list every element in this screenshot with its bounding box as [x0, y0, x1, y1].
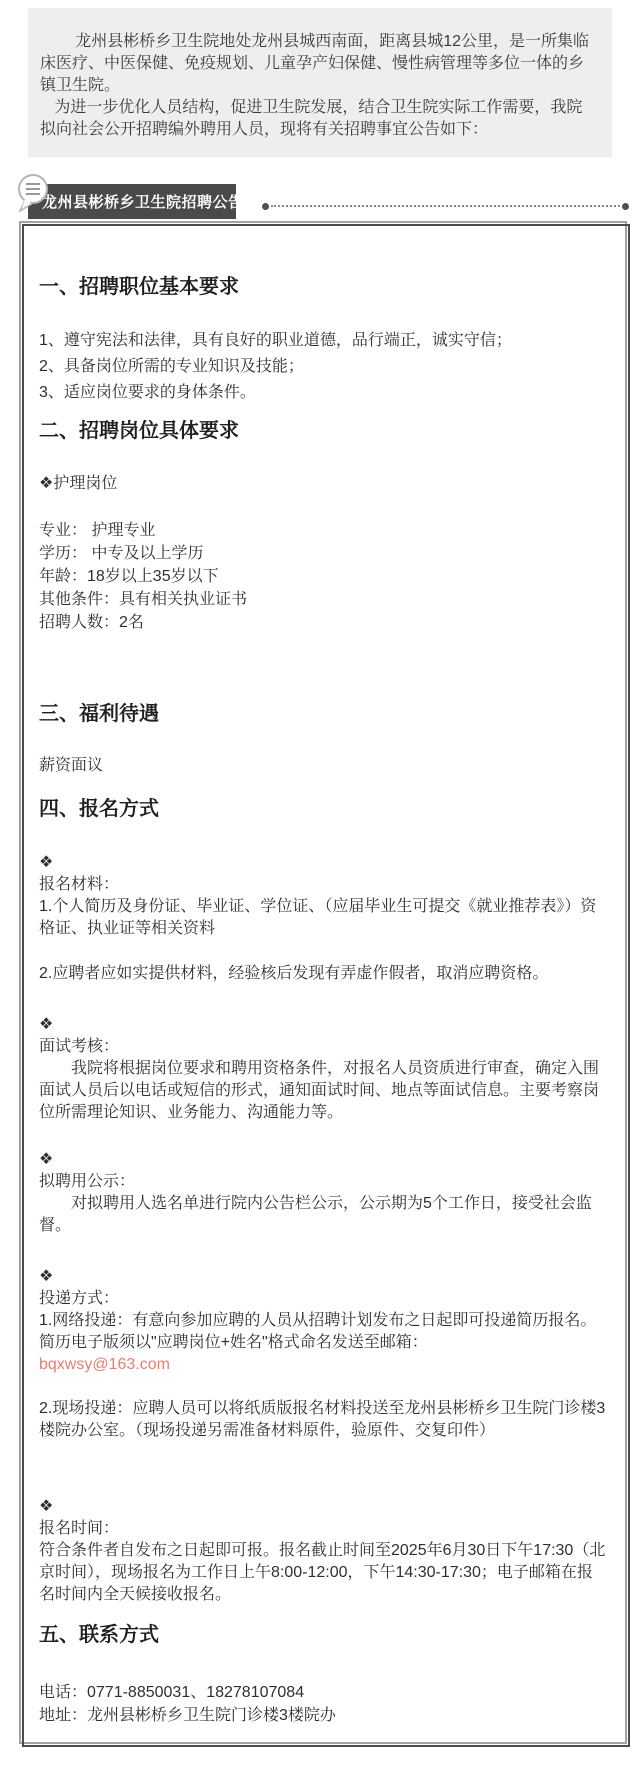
detail-line: 地址：龙州县彬桥乡卫生院门诊楼3楼院办 — [39, 1704, 607, 1727]
sub-section: ❖报名时间：符合条件者自发布之日起即可报。报名截止时间至2025年6月30日下午… — [39, 1496, 607, 1606]
sub-section: ❖面试考核：我院将根据岗位要求和聘用资格条件，对报名人员资质进行审查，确定入围面… — [39, 1014, 607, 1124]
detail-lines: 电话：0771-8850031、18278107084地址：龙州县彬桥乡卫生院门… — [39, 1681, 607, 1727]
paragraph: ❖护理岗位 — [39, 472, 607, 495]
detail-line: 2、具备岗位所需的专业知识及技能； — [39, 354, 607, 380]
intro-panel: 龙州县彬桥乡卫生院地处龙州县城西南面，距离县城12公里，是一所集临床医疗、中医保… — [28, 8, 612, 157]
detail-lines: 专业： 护理专业学历： 中专及以上学历年龄：18岁以上35岁以下其他条件：具有相… — [39, 519, 607, 634]
section-heading: 三、福利待遇 — [39, 702, 607, 726]
paragraph: 2.应聘者应如实提供材料，经验核后发现有弄虚作假者，取消应聘资格。 — [39, 962, 607, 985]
sub-section-label: 报名时间： — [39, 1518, 607, 1540]
detail-line: 3、适应岗位要求的身体条件。 — [39, 380, 607, 406]
announcement-box: 一、招聘职位基本要求1、遵守宪法和法律，具有良好的职业道德，品行端正，诚实守信；… — [19, 221, 627, 1744]
email-link[interactable]: bqxwsy@163.com — [39, 1354, 607, 1376]
detail-line: 1、遵守宪法和法律，具有良好的职业道德，品行端正，诚实守信； — [39, 328, 607, 354]
sub-section-label: 拟聘用公示： — [39, 1171, 607, 1193]
section-heading: 四、报名方式 — [39, 797, 607, 821]
announcement-content: 一、招聘职位基本要求1、遵守宪法和法律，具有良好的职业道德，品行端正，诚实守信；… — [21, 223, 625, 1742]
detail-line: 专业： 护理专业 — [39, 519, 607, 542]
diamond-bullet-icon: ❖ — [39, 852, 607, 874]
section-heading: 五、联系方式 — [39, 1623, 607, 1647]
sub-paragraph: 1.网络投递：有意向参加应聘的人员从招聘计划发布之日起即可投递简历报名。简历电子… — [39, 1310, 607, 1354]
sub-section-label: 报名材料： — [39, 874, 607, 896]
detail-line: 其他条件：具有相关执业证书 — [39, 588, 607, 611]
sub-paragraph: 1.个人简历及身份证、毕业证、学位证、（应届毕业生可提交《就业推荐表》）资格证、… — [39, 896, 607, 940]
paragraph: 薪资面议 — [39, 754, 607, 777]
section-heading: 二、招聘岗位具体要求 — [39, 419, 607, 443]
intro-paragraph: 为进一步优化人员结构，促进卫生院发展，结合卫生院实际工作需要，我院拟向社会公开招… — [40, 97, 598, 141]
sub-paragraph: 2.现场投递：应聘人员可以将纸质版报名材料投送至龙州县彬桥乡卫生院门诊楼3楼院办… — [39, 1398, 607, 1442]
detail-line: 电话：0771-8850031、18278107084 — [39, 1681, 607, 1704]
diamond-bullet-icon: ❖ — [39, 1149, 607, 1171]
speech-bubble-icon — [15, 173, 53, 215]
announcement-header: 龙州县彬桥乡卫生院招聘公告 — [0, 157, 641, 221]
sub-paragraph: 符合条件者自发布之日起即可报。报名截止时间至2025年6月30日下午17:30（… — [39, 1540, 607, 1606]
title-bar: 龙州县彬桥乡卫生院招聘公告 — [28, 184, 236, 219]
diamond-bullet-icon: ❖ — [39, 1014, 607, 1036]
detail-line: 招聘人数：2名 — [39, 611, 607, 634]
article-page: 龙州县彬桥乡卫生院地处龙州县城西南面，距离县城12公里，是一所集临床医疗、中医保… — [0, 8, 641, 1744]
diamond-bullet-icon: ❖ — [39, 1266, 607, 1288]
intro-paragraph: 龙州县彬桥乡卫生院地处龙州县城西南面，距离县城12公里，是一所集临床医疗、中医保… — [40, 31, 598, 97]
detail-line: 学历： 中专及以上学历 — [39, 542, 607, 565]
sub-paragraph: 对拟聘用人选名单进行院内公告栏公示，公示期为5个工作日，接受社会监督。 — [39, 1193, 607, 1237]
dotted-divider — [262, 202, 629, 210]
divider-left-dot — [262, 203, 269, 210]
diamond-bullet-icon: ❖ — [39, 1496, 607, 1518]
divider-dotted-line — [271, 205, 620, 207]
sub-section: ❖拟聘用公示：对拟聘用人选名单进行院内公告栏公示，公示期为5个工作日，接受社会监… — [39, 1149, 607, 1237]
announcement-title: 龙州县彬桥乡卫生院招聘公告 — [42, 191, 244, 212]
detail-lines: 1、遵守宪法和法律，具有良好的职业道德，品行端正，诚实守信；2、具备岗位所需的专… — [39, 328, 607, 406]
section-heading: 一、招聘职位基本要求 — [39, 275, 607, 299]
sub-section: ❖报名材料：1.个人简历及身份证、毕业证、学位证、（应届毕业生可提交《就业推荐表… — [39, 852, 607, 940]
sub-paragraph: 我院将根据岗位要求和聘用资格条件，对报名人员资质进行审查，确定入围面试人员后以电… — [39, 1058, 607, 1124]
divider-right-dot — [622, 203, 629, 210]
sub-section-label: 投递方式： — [39, 1288, 607, 1310]
detail-line: 年龄：18岁以上35岁以下 — [39, 565, 607, 588]
sub-section: ❖投递方式：1.网络投递：有意向参加应聘的人员从招聘计划发布之日起即可投递简历报… — [39, 1266, 607, 1442]
sub-section-label: 面试考核： — [39, 1036, 607, 1058]
